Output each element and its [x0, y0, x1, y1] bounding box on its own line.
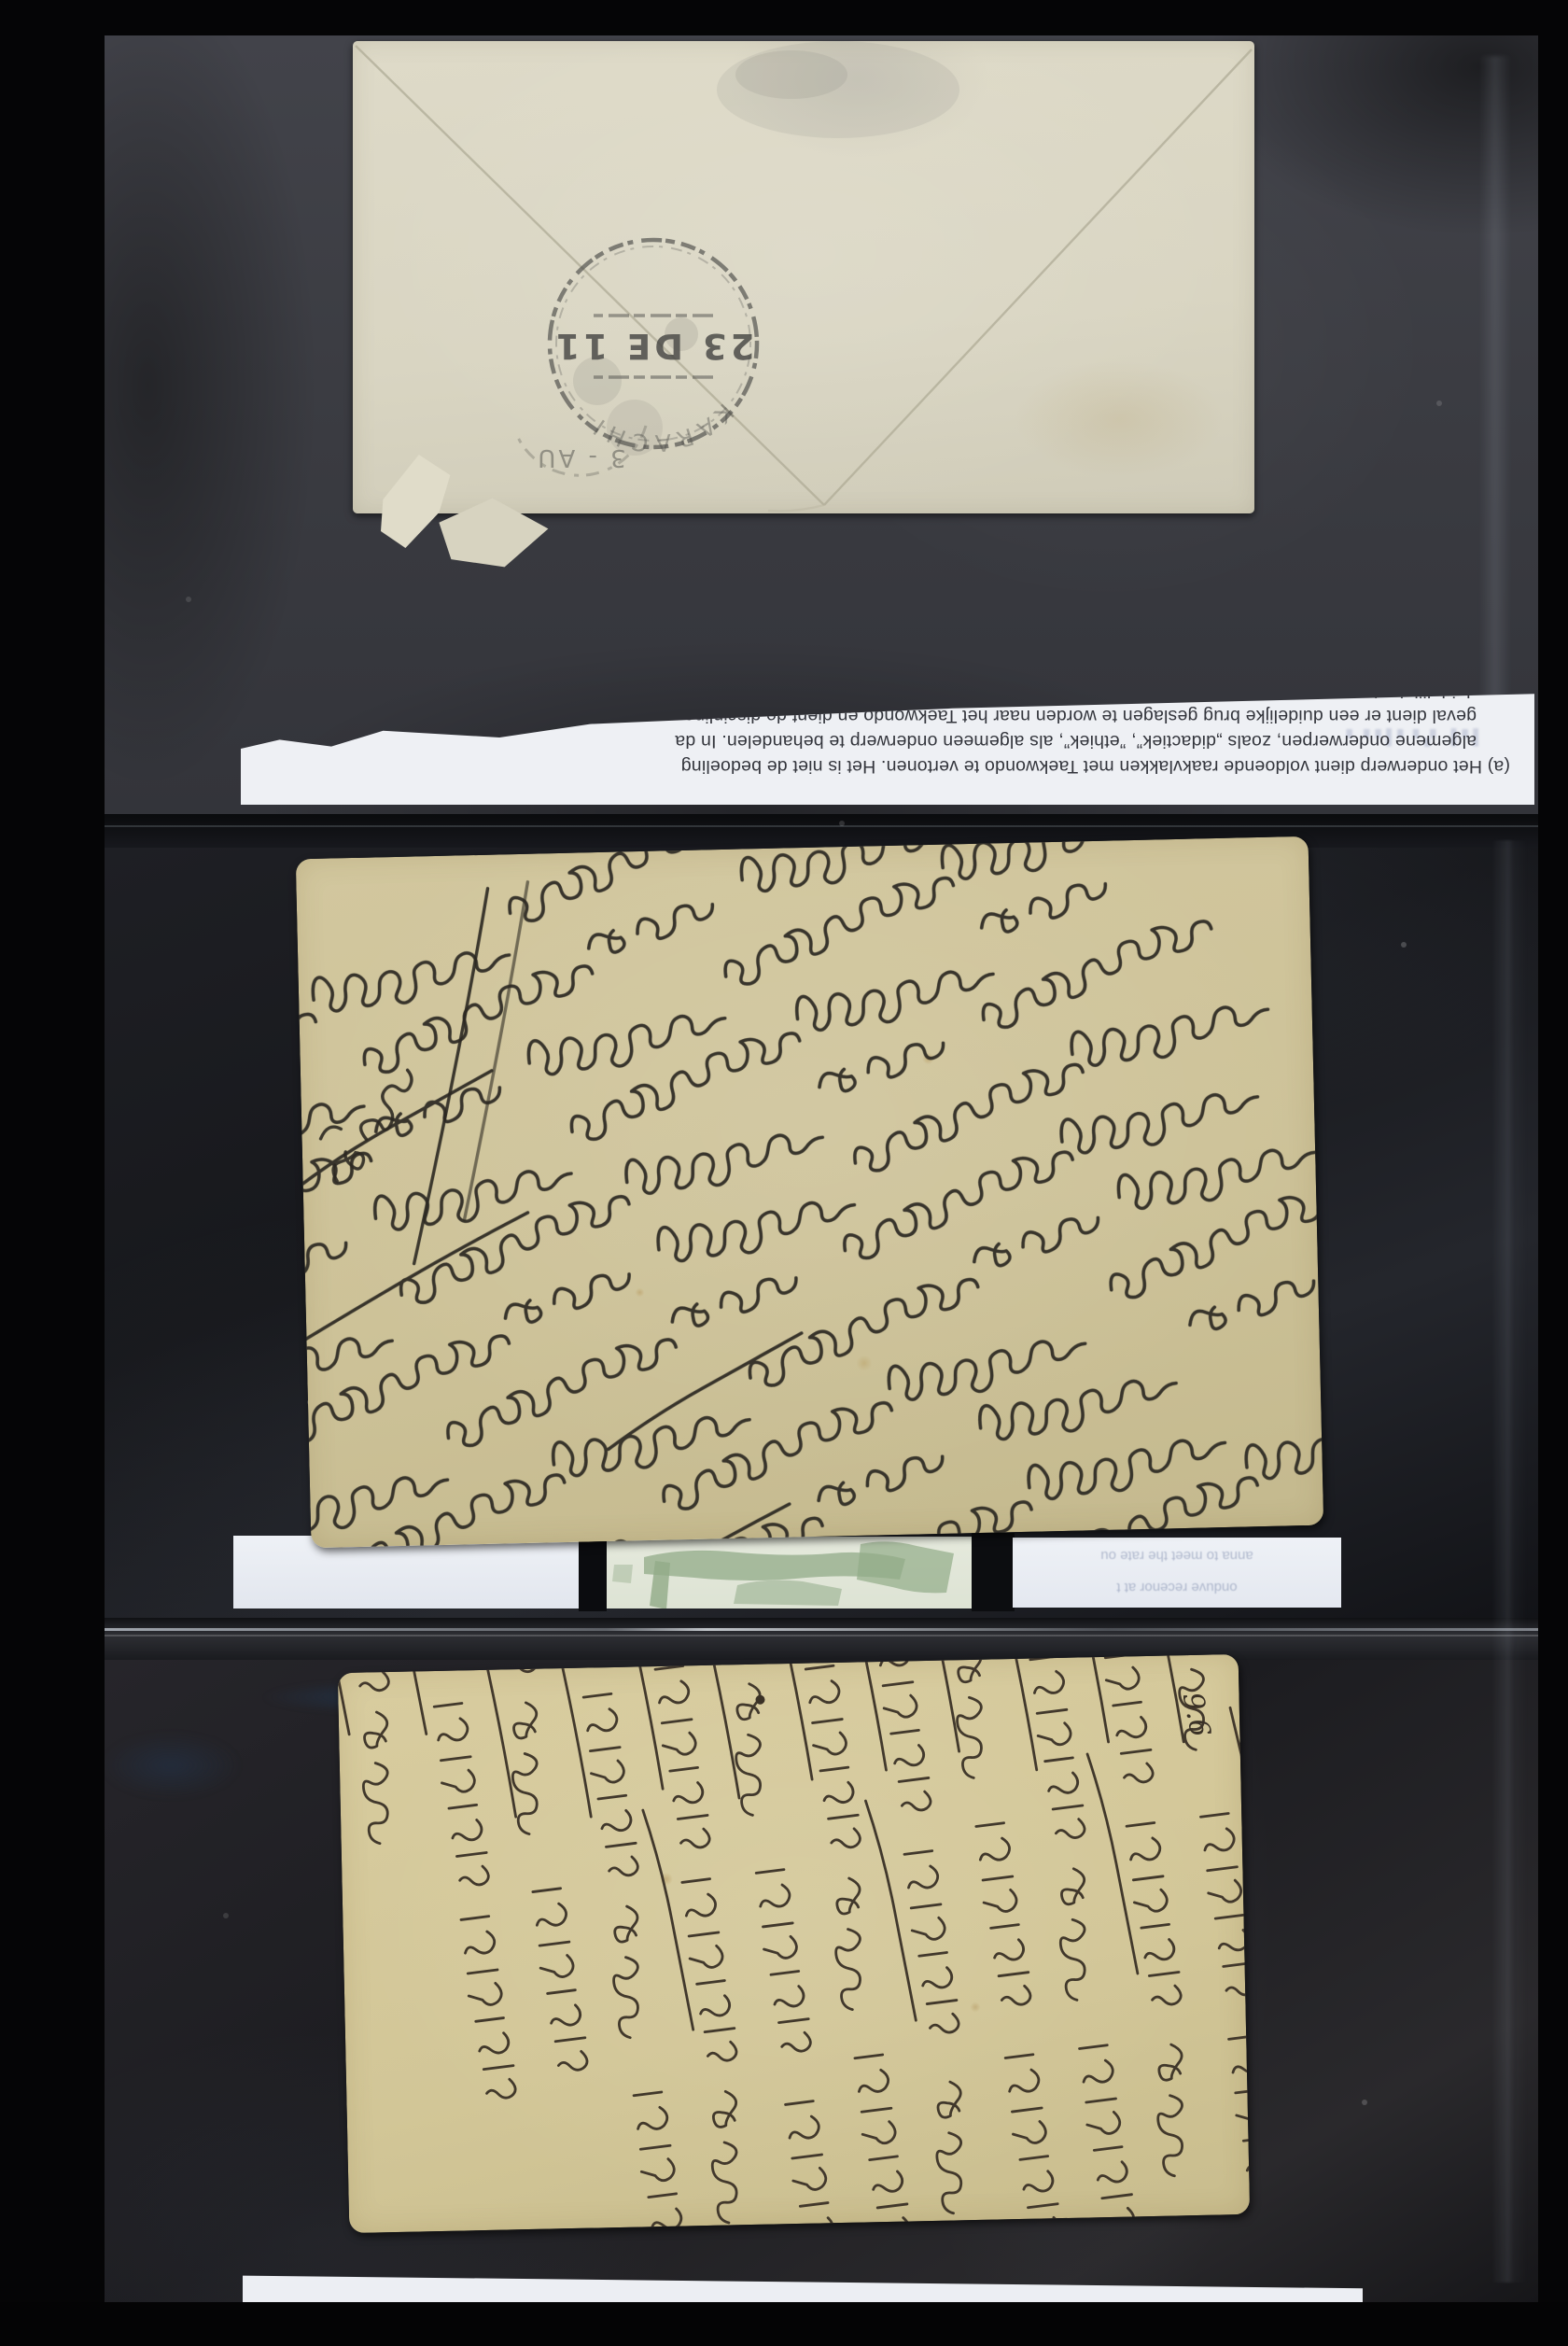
sleeve-edge-highlight-1: [105, 825, 1538, 827]
bottom-postcard: 9.6: [338, 1654, 1250, 2233]
sleeve-reflection-top-right: [1479, 56, 1511, 709]
faint-line-bottom: onduve recenor at t: [1020, 1571, 1334, 1603]
sleeve-edge-divider-2: [105, 1618, 1538, 1660]
photo-border-right: [1538, 0, 1568, 2346]
green-print-blobs: [612, 1541, 954, 1608]
green-stamp-fragment: [607, 1537, 973, 1608]
postmark: 23 DE 11 KARACHI 3 - AU: [515, 240, 757, 475]
sleeve-scratch-highlight-2: [105, 1635, 1538, 1637]
sleeve-reflection-right: [1491, 840, 1529, 2283]
blue-ink-smear-corner: [101, 1733, 241, 1798]
album-page-photo: 23 DE 11 KARACHI 3 - AU ▌▖▌: [0, 0, 1568, 2346]
margin-strokes: [315, 882, 536, 1266]
sleeve-edge-divider-1: [105, 814, 1538, 848]
pencil-smudge-2: [735, 50, 847, 99]
sleeve-scratch-highlight: [105, 1628, 1538, 1631]
torn-paper-scrap: [381, 455, 553, 569]
middle-postcard: [296, 836, 1323, 1548]
mount-bar-right: [972, 1533, 1015, 1611]
middle-postcard-handwriting: [296, 836, 1323, 1548]
faint-line-top: anna to meet the rate ou: [1020, 1539, 1334, 1571]
white-strip-left: [233, 1536, 581, 1608]
white-strip-right: onduve recenor at t anna to meet the rat…: [1013, 1538, 1341, 1608]
show-through-text-lines: onduve recenor at t anna to meet the rat…: [1020, 1539, 1334, 1603]
photo-border-left: [0, 0, 105, 2346]
dutch-line-1: (a) Het onderwerp dient voldoende raakvl…: [274, 753, 1510, 779]
handwriting-columns: [338, 1654, 1250, 2233]
photo-border-top: [0, 0, 1568, 35]
envelope-detail: 23 DE 11 KARACHI 3 - AU: [353, 41, 1254, 513]
envelope-back: 23 DE 11 KARACHI 3 - AU: [353, 41, 1254, 513]
handwriting-rows: [296, 836, 1323, 1548]
torn-paper-piece-2: [429, 492, 551, 569]
bottom-postcard-handwriting: 9.6: [338, 1654, 1250, 2233]
photo-border-bottom: [0, 2302, 1568, 2346]
postmark-date: 23 DE 11: [553, 326, 755, 366]
mount-bar-left: [579, 1533, 607, 1611]
